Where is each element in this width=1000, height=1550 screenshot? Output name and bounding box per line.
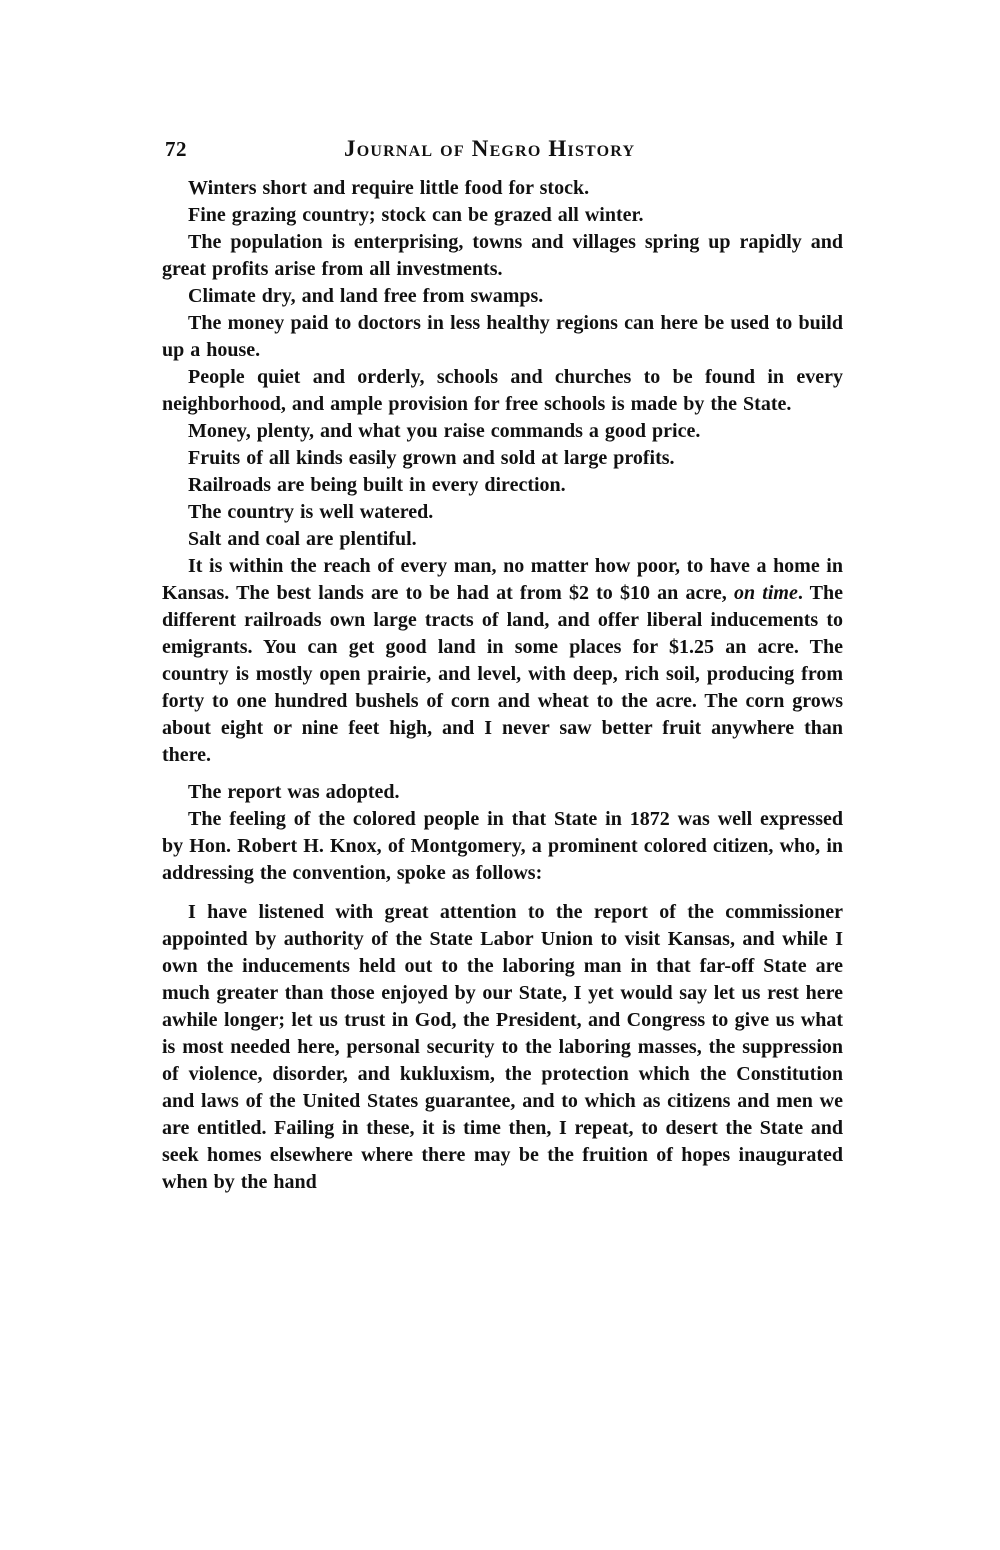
narrative: The report was adopted. The feeling of t… bbox=[162, 779, 843, 887]
report-text-italic: on time bbox=[734, 582, 798, 604]
report-item: Fine grazing country; stock can be graze… bbox=[162, 202, 843, 229]
narrative-paragraph: The feeling of the colored people in tha… bbox=[162, 806, 843, 887]
report-item: Salt and coal are plentiful. bbox=[162, 526, 843, 553]
report-item: The country is well watered. bbox=[162, 499, 843, 526]
quotation-paragraph: I have listened with great attention to … bbox=[162, 899, 843, 1196]
report-item: The money paid to doctors in less health… bbox=[162, 310, 843, 364]
report-conclusion: It is within the reach of every man, no … bbox=[162, 553, 843, 769]
document-page: 72 Journal of Negro History Winters shor… bbox=[162, 132, 843, 1196]
spacer bbox=[162, 769, 843, 779]
report-item: Fruits of all kinds easily grown and sol… bbox=[162, 445, 843, 472]
running-head: 72 Journal of Negro History bbox=[162, 132, 843, 168]
report-item: Railroads are being built in every direc… bbox=[162, 472, 843, 499]
report-item: Money, plenty, and what you raise comman… bbox=[162, 418, 843, 445]
spacer bbox=[162, 887, 843, 899]
report-text-2: . The different railroads own large trac… bbox=[162, 582, 843, 766]
report-item: The population is enterprising, towns an… bbox=[162, 229, 843, 283]
report-paragraph: It is within the reach of every man, no … bbox=[162, 553, 843, 769]
report-item: People quiet and orderly, schools and ch… bbox=[162, 364, 843, 418]
narrative-paragraph: The report was adopted. bbox=[162, 779, 843, 806]
report-item: Climate dry, and land free from swamps. bbox=[162, 283, 843, 310]
page-number: 72 bbox=[165, 137, 187, 162]
journal-title: Journal of Negro History bbox=[344, 136, 635, 162]
quotation-block: I have listened with great attention to … bbox=[162, 899, 843, 1196]
report-list: Winters short and require little food fo… bbox=[162, 175, 843, 553]
report-item: Winters short and require little food fo… bbox=[162, 175, 843, 202]
